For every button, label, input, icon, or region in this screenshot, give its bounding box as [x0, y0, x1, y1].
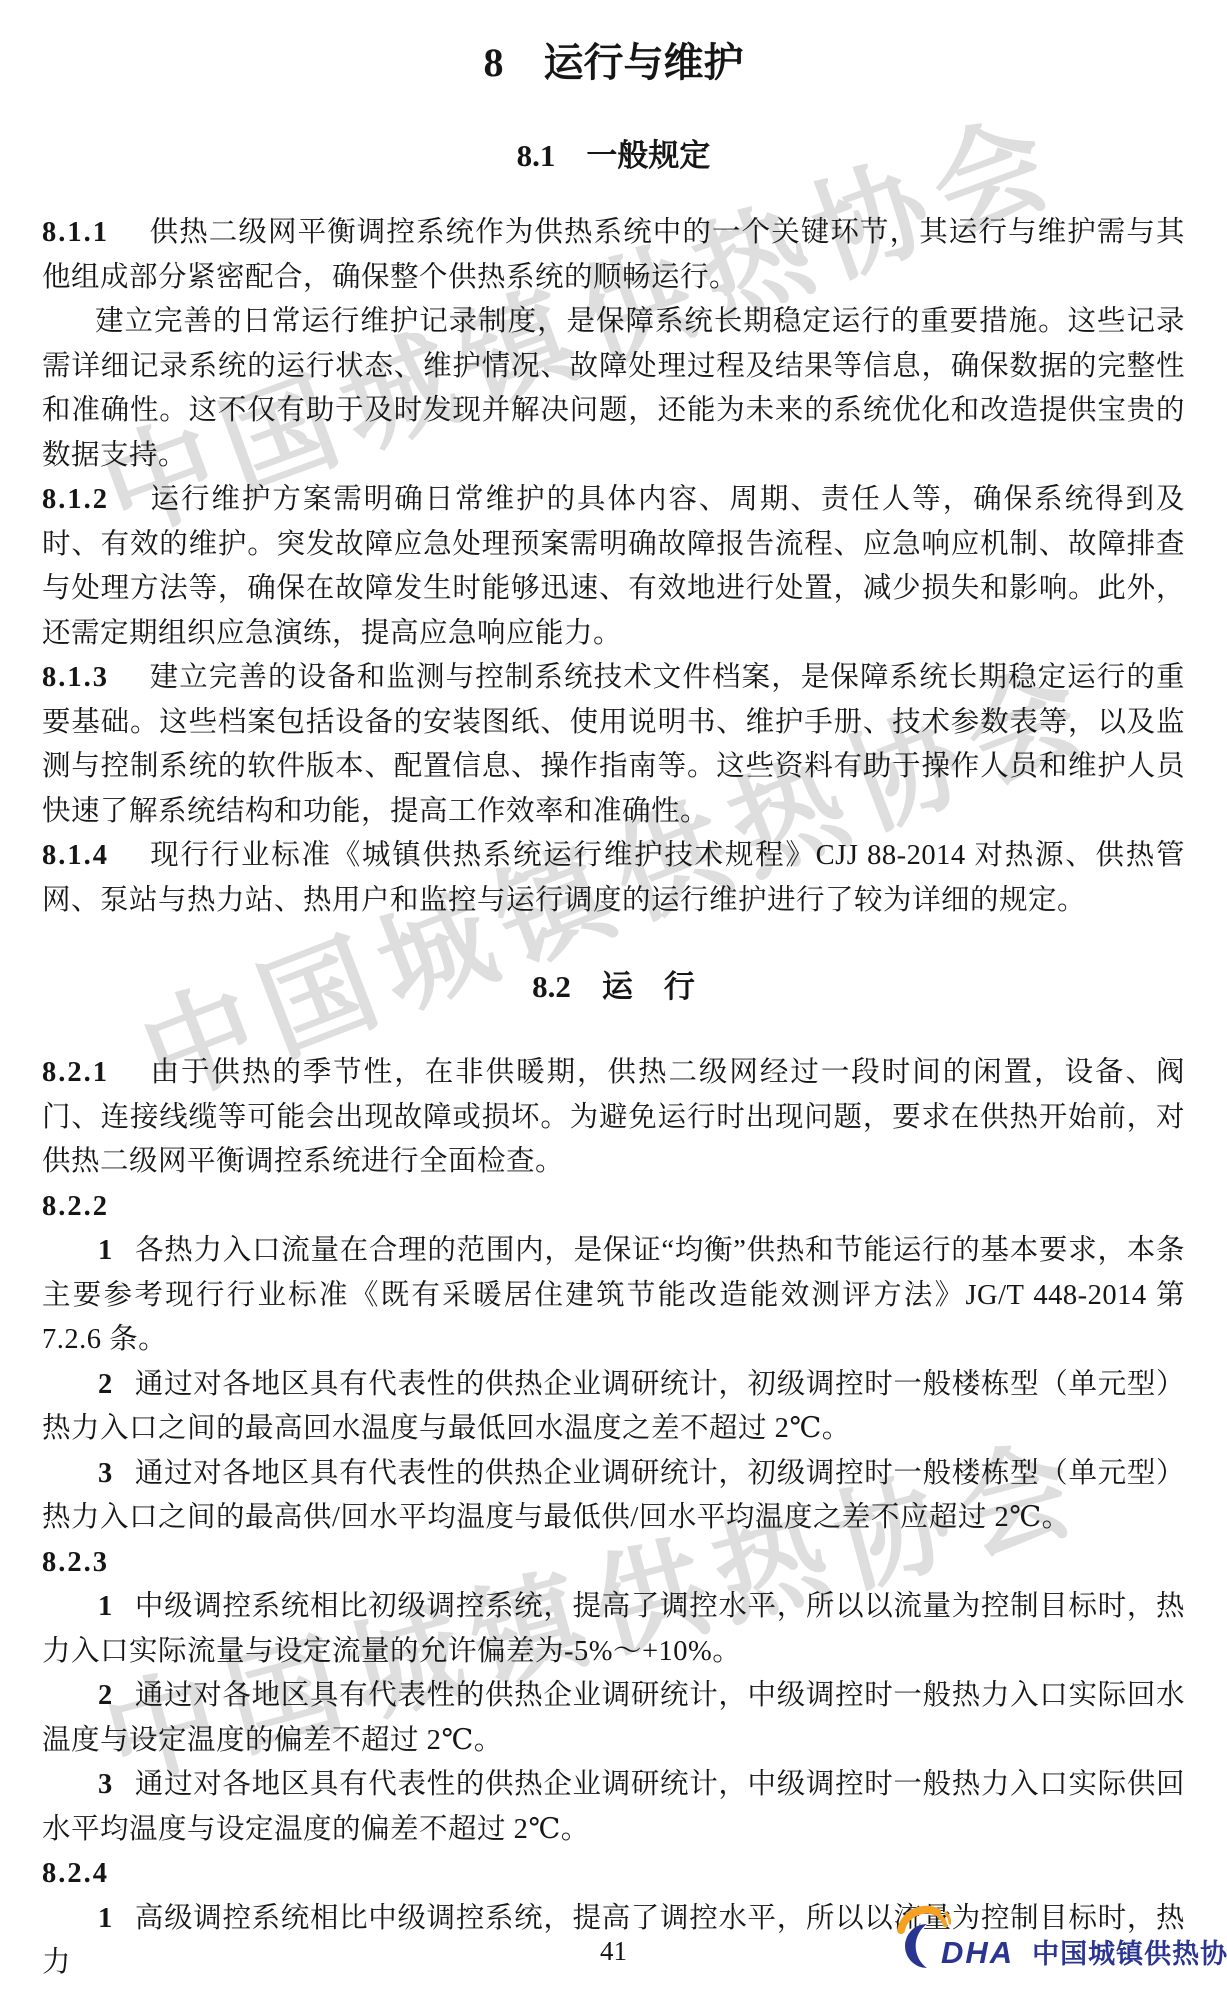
item-text: 通过对各地区具有代表性的供热企业调研统计，中级调控时一般热力入口实际供回水平均温… [42, 1769, 1185, 1845]
chapter-title: 8 运行与维护 [0, 0, 1227, 86]
clause-paragraph: 8.2.1由于供热的季节性，在非供暖期，供热二级网经过一段时间的闲置，设备、阀门… [42, 1051, 1185, 1185]
logo-acronym: DHA [941, 1937, 1014, 1968]
body-paragraph: 建立完善的日常运行维护记录制度，是保障系统长期稳定运行的重要措施。这些记录需详细… [42, 300, 1185, 478]
clause-paragraph: 8.2.3 [42, 1541, 1185, 1586]
section-8-2-body: 8.2.1由于供热的季节性，在非供暖期，供热二级网经过一段时间的闲置，设备、阀门… [0, 1051, 1227, 1986]
clause-text: 供热二级网平衡调控系统作为供热系统中的一个关键环节，其运行与维护需与其他组成部分… [42, 217, 1185, 293]
clause-text: 运行维护方案需明确日常维护的具体内容、周期、责任人等，确保系统得到及时、有效的维… [42, 484, 1185, 649]
clause-number: 8.2.4 [42, 1858, 109, 1889]
numbered-item: 2通过对各地区具有代表性的供热企业调研统计，初级调控时一般楼栋型（单元型）热力入… [42, 1363, 1185, 1452]
clause-number: 8.2.2 [42, 1191, 109, 1222]
section-heading-8-1: 8.1 一般规定 [0, 138, 1227, 174]
clause-text: 由于供热的季节性，在非供暖期，供热二级网经过一段时间的闲置，设备、阀门、连接线缆… [42, 1057, 1185, 1177]
item-number: 3 [98, 1458, 113, 1489]
clause-paragraph: 8.1.4现行行业标准《城镇供热系统运行维护技术规程》CJJ 88-2014 对… [42, 834, 1185, 923]
clause-number: 8.1.1 [42, 217, 109, 248]
clause-paragraph: 8.2.4 [42, 1852, 1185, 1897]
clause-paragraph: 8.1.2运行维护方案需明确日常维护的具体内容、周期、责任人等，确保系统得到及时… [42, 478, 1185, 656]
clause-number: 8.1.4 [42, 840, 109, 871]
organization-logo: DHA 中国城镇供热协会 [893, 1901, 1205, 1977]
clause-paragraph: 8.1.3建立完善的设备和监测与控制系统技术文件档案，是保障系统长期稳定运行的重… [42, 656, 1185, 834]
item-text: 中级调控系统相比初级调控系统，提高了调控水平，所以以流量为控制目标时，热力入口实… [42, 1591, 1185, 1667]
clause-paragraph: 8.1.1供热二级网平衡调控系统作为供热系统中的一个关键环节，其运行与维护需与其… [42, 211, 1185, 300]
item-text: 通过对各地区具有代表性的供热企业调研统计，初级调控时一般楼栋型（单元型）热力入口… [42, 1369, 1185, 1445]
item-number: 2 [98, 1680, 113, 1711]
clause-number: 8.2.1 [42, 1057, 109, 1088]
item-number: 3 [98, 1769, 113, 1800]
numbered-item: 3通过对各地区具有代表性的供热企业调研统计，中级调控时一般热力入口实际供回水平均… [42, 1763, 1185, 1852]
numbered-item: 2通过对各地区具有代表性的供热企业调研统计，中级调控时一般热力入口实际回水温度与… [42, 1674, 1185, 1763]
item-text: 通过对各地区具有代表性的供热企业调研统计，初级调控时一般楼栋型（单元型）热力入口… [42, 1458, 1185, 1534]
section-8-1-body: 8.1.1供热二级网平衡调控系统作为供热系统中的一个关键环节，其运行与维护需与其… [0, 211, 1227, 923]
paragraph-text: 建立完善的日常运行维护记录制度，是保障系统长期稳定运行的重要措施。这些记录需详细… [42, 306, 1185, 471]
item-number: 1 [98, 1591, 113, 1622]
item-text: 各热力入口流量在合理的范围内，是保证“均衡”供热和节能运行的基本要求，本条主要参… [42, 1235, 1185, 1355]
item-number: 1 [98, 1235, 113, 1266]
clause-text: 建立完善的设备和监测与控制系统技术文件档案，是保障系统长期稳定运行的重要基础。这… [42, 662, 1185, 827]
numbered-item: 1各热力入口流量在合理的范围内，是保证“均衡”供热和节能运行的基本要求，本条主要… [42, 1229, 1185, 1363]
item-number: 1 [98, 1903, 113, 1934]
item-text: 通过对各地区具有代表性的供热企业调研统计，中级调控时一般热力入口实际回水温度与设… [42, 1680, 1185, 1756]
numbered-item: 3通过对各地区具有代表性的供热企业调研统计，初级调控时一般楼栋型（单元型）热力入… [42, 1452, 1185, 1541]
clause-number: 8.1.3 [42, 662, 109, 693]
clause-number: 8.1.2 [42, 484, 109, 515]
logo-org-name: 中国城镇供热协会 [1032, 1941, 1227, 1968]
clause-paragraph: 8.2.2 [42, 1185, 1185, 1230]
item-number: 2 [98, 1369, 113, 1400]
section-heading-8-2: 8.2 运 行 [0, 969, 1227, 1005]
numbered-item: 1中级调控系统相比初级调控系统，提高了调控水平，所以以流量为控制目标时，热力入口… [42, 1585, 1185, 1674]
clause-text: 现行行业标准《城镇供热系统运行维护技术规程》CJJ 88-2014 对热源、供热… [42, 840, 1185, 916]
clause-number: 8.2.3 [42, 1547, 109, 1578]
document-page: 中国城镇供热协会 中国城镇供热协会 中国城镇供热协会 8 运行与维护 8.1 一… [0, 0, 1227, 1995]
